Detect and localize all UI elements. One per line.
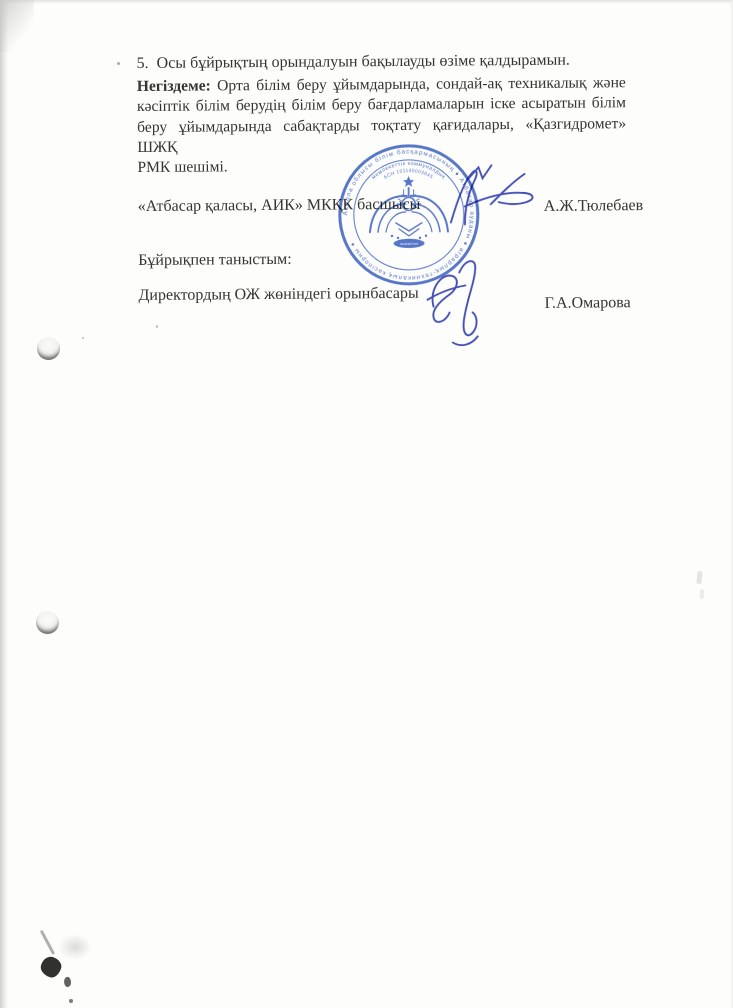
signature-tyulebaev [438,162,543,237]
signer1-name: А.Ж.Тюлебаев [544,197,644,216]
scanned-document-page: 5. Осы бұйрықтың орындалуын бақылауды өз… [0,0,733,1008]
order-item-5: 5. Осы бұйрықтың орындалуын бақылауды өз… [137,50,642,74]
scan-speck [82,337,84,339]
stamp-banner-text: ҚАЗАҚСТАН [400,242,418,246]
scan-speck [156,325,158,328]
document-content: 5. Осы бұйрықтың орындалуын бақылауды өз… [0,0,733,1008]
punch-hole-top [37,337,60,360]
scan-speck [117,62,120,65]
signer2-name: Г.А.Омарова [544,294,630,313]
acknowledgement-line: Бұйрықпен таныстым: [138,251,292,270]
ink-smudge-dot-small [69,999,73,1003]
ink-smudge-haze [58,934,92,960]
kazakhstan-emblem-icon: ҚАЗАҚСТАН [370,176,449,249]
signature-omarova [424,254,495,352]
basis-label: Негіздеме: [137,77,211,95]
scan-edge-mark [700,589,705,599]
basis-line-1-text: Орта білім беру ұйымдарында, сондай-ақ т… [211,74,626,94]
punch-hole-bottom [36,611,59,634]
